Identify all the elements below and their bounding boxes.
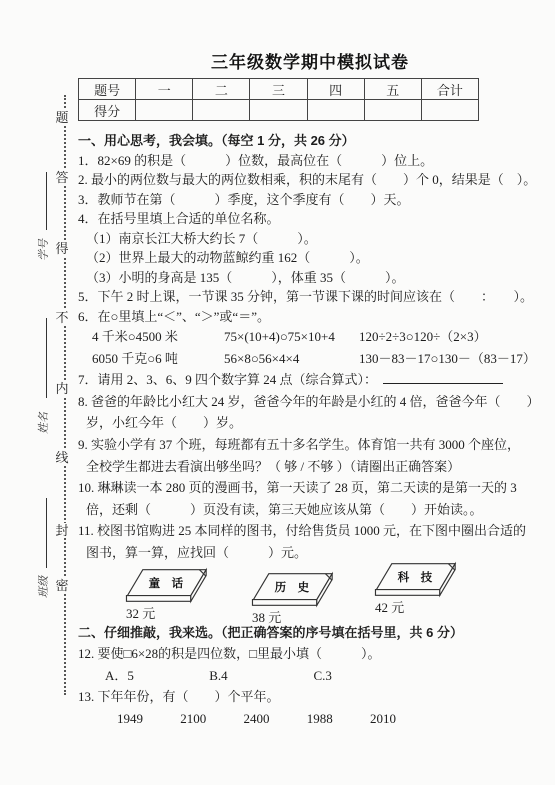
question-12-options: A．5 B.4 C.3 xyxy=(78,665,542,687)
seal-char: 得 xyxy=(53,241,71,256)
student-id-label: 学号 xyxy=(35,235,51,265)
book-icon: 科 技 xyxy=(363,560,459,600)
option-a: A．5 xyxy=(105,665,206,687)
compare-expression: 130－83－17○130－（83－17） xyxy=(359,348,536,370)
name-label: 姓名 xyxy=(35,408,51,438)
question-4-item-3: （3）小明的身高是 135（ ），体重 35（ ）。 xyxy=(78,268,542,288)
option-c: C.3 xyxy=(314,665,415,687)
section-two-heading: 二、仔细推敲，我来选。（把正确答案的序号填在括号里，共 6 分） xyxy=(78,622,542,644)
score-table-header-row: 题号 一 二 三 四 五 合计 xyxy=(79,79,479,100)
score-table: 题号 一 二 三 四 五 合计 得分 xyxy=(78,78,479,121)
question-11-line-1: 11. 校图书馆购进 25 本同样的图书，付给售货员 1000 元，在下图中圈出… xyxy=(78,520,542,542)
seal-char: 封 xyxy=(53,523,71,538)
question-6-compare-row-1: 4 千米○4500 米 75×(10+4)○75×10+4 120÷2÷3○12… xyxy=(78,326,542,348)
book-price: 38 元 xyxy=(240,610,336,625)
score-cell xyxy=(193,100,250,121)
column-three: 三 xyxy=(250,79,307,100)
score-cell xyxy=(421,100,478,121)
question-3: 3．教师节在第（ ）季度，这个季度有（ ）天。 xyxy=(78,190,542,210)
book-price: 32 元 xyxy=(114,606,210,621)
section-one-heading: 一、用心思考，我会填。（每空 1 分，共 26 分） xyxy=(78,131,542,151)
score-cell xyxy=(250,100,307,121)
question-13-years: 1949 2100 2400 1988 2010 xyxy=(78,708,542,730)
page-title: 三年级数学期中模拟试卷 xyxy=(78,48,542,73)
question-6: 6．在○里填上“＜”、“＞”或“＝”。 xyxy=(78,307,542,327)
book-history: 历 史 38 元 xyxy=(240,570,336,625)
question-8-line-2: 岁，小红今年（ ）岁。 xyxy=(78,412,542,434)
score-cell xyxy=(136,100,193,121)
year-option: 2010 xyxy=(370,708,396,730)
seal-char: 线 xyxy=(53,450,71,465)
question-12: 12. 要使□6×28的积是四位数，□里最小填（ ）。 xyxy=(78,643,542,665)
year-option: 2100 xyxy=(180,708,206,730)
question-13: 13. 下年年份，有（ ）个平年。 xyxy=(78,686,542,708)
question-10-line-2: 倍，还剩（ ）页没有读，第三天她应该从第（ ）开始读。。 xyxy=(78,499,542,521)
question-4-item-1: （1）南京长江大桥大约长 7（ ）。 xyxy=(78,229,542,249)
question-11-line-2: 图书，算一算，应找回（ ）元。 xyxy=(78,542,542,564)
column-five: 五 xyxy=(364,79,421,100)
year-option: 2400 xyxy=(244,708,270,730)
book-price: 42 元 xyxy=(363,600,459,615)
year-option: 1949 xyxy=(117,708,143,730)
book-title: 科 技 xyxy=(397,569,433,583)
question-4-item-2: （2）世界上最大的动物蓝鲸约重 162（ ）。 xyxy=(78,248,542,268)
student-id-blank-line xyxy=(46,172,47,230)
score-cell xyxy=(364,100,421,121)
question-4: 4．在括号里填上合适的单位名称。 xyxy=(78,209,542,229)
compare-expression: 75×(10+4)○75×10+4 xyxy=(224,326,359,348)
score-label: 得分 xyxy=(79,100,136,121)
compare-expression: 120÷2÷3○120÷（2×3） xyxy=(359,326,487,348)
column-one: 一 xyxy=(136,79,193,100)
class-label: 班级 xyxy=(35,572,51,602)
score-table-score-row: 得分 xyxy=(79,100,479,121)
column-total: 合计 xyxy=(421,79,478,100)
question-9-line-1: 9. 实验小学有 37 个班，每班都有五十多名学生。体育馆一共有 3000 个座… xyxy=(78,434,542,456)
book-fairy-tale: 童 话 32 元 xyxy=(114,566,210,621)
question-7: 7．请用 2、3、6、9 四个数字算 24 点（综合算式）： xyxy=(78,369,542,391)
book-icon: 历 史 xyxy=(240,570,336,610)
seal-char: 答 xyxy=(53,170,71,185)
question-7-text: 7．请用 2、3、6、9 四个数字算 24 点（综合算式）： xyxy=(78,372,377,387)
exam-page: 题 答 得 不 内 线 封 密 学号 姓名 班级 三年级数学期中模拟试卷 题号 … xyxy=(0,0,555,785)
seal-char: 不 xyxy=(53,310,71,325)
book-title: 童 话 xyxy=(149,575,184,589)
question-5: 5．下午 2 时上课，一节课 35 分钟，第一节课下课的时间应该在（ ： ）。 xyxy=(78,287,542,307)
book-illustrations: 童 话 32 元 历 史 38 元 xyxy=(78,566,542,622)
question-1: 1．82×69 的积是（ ）位数，最高位在（ ）位上。 xyxy=(78,151,542,171)
book-title: 历 史 xyxy=(275,579,310,593)
column-two: 二 xyxy=(193,79,250,100)
question-6-compare-row-2: 6050 千克○6 吨 56×8○56×4×4 130－83－17○130－（8… xyxy=(78,348,542,370)
compare-expression: 56×8○56×4×4 xyxy=(224,348,359,370)
question-10-line-1: 10. 琳琳读一本 280 页的漫画书，第一天读了 28 页，第二天读的是第一天… xyxy=(78,477,542,499)
answer-blank-rule xyxy=(383,371,503,384)
compare-expression: 6050 千克○6 吨 xyxy=(92,348,224,370)
seal-char: 题 xyxy=(53,110,71,125)
name-blank-line xyxy=(46,318,47,398)
option-b: B.4 xyxy=(209,665,310,687)
year-option: 1988 xyxy=(307,708,333,730)
question-8-line-1: 8. 爸爸的年龄比小红大 24 岁，爸爸今年的年龄是小红的 4 倍，爸爸今年（ … xyxy=(78,391,542,413)
score-cell xyxy=(307,100,364,121)
book-icon: 童 话 xyxy=(114,566,210,606)
compare-expression: 4 千米○4500 米 xyxy=(92,326,224,348)
seal-char: 密 xyxy=(53,578,71,593)
book-science: 科 技 42 元 xyxy=(363,560,459,615)
seal-char: 内 xyxy=(53,381,71,396)
column-four: 四 xyxy=(307,79,364,100)
question-number-label: 题号 xyxy=(79,79,136,100)
question-2: 2. 最小的两位数与最大的两位数相乘，积的末尾有（ ）个 0，结果是（ ）。 xyxy=(78,170,542,190)
question-9-line-2: 全校学生都进去看演出够坐吗？（ 够 / 不够 ）（请圈出正确答案） xyxy=(78,456,542,478)
class-blank-line xyxy=(46,498,47,568)
